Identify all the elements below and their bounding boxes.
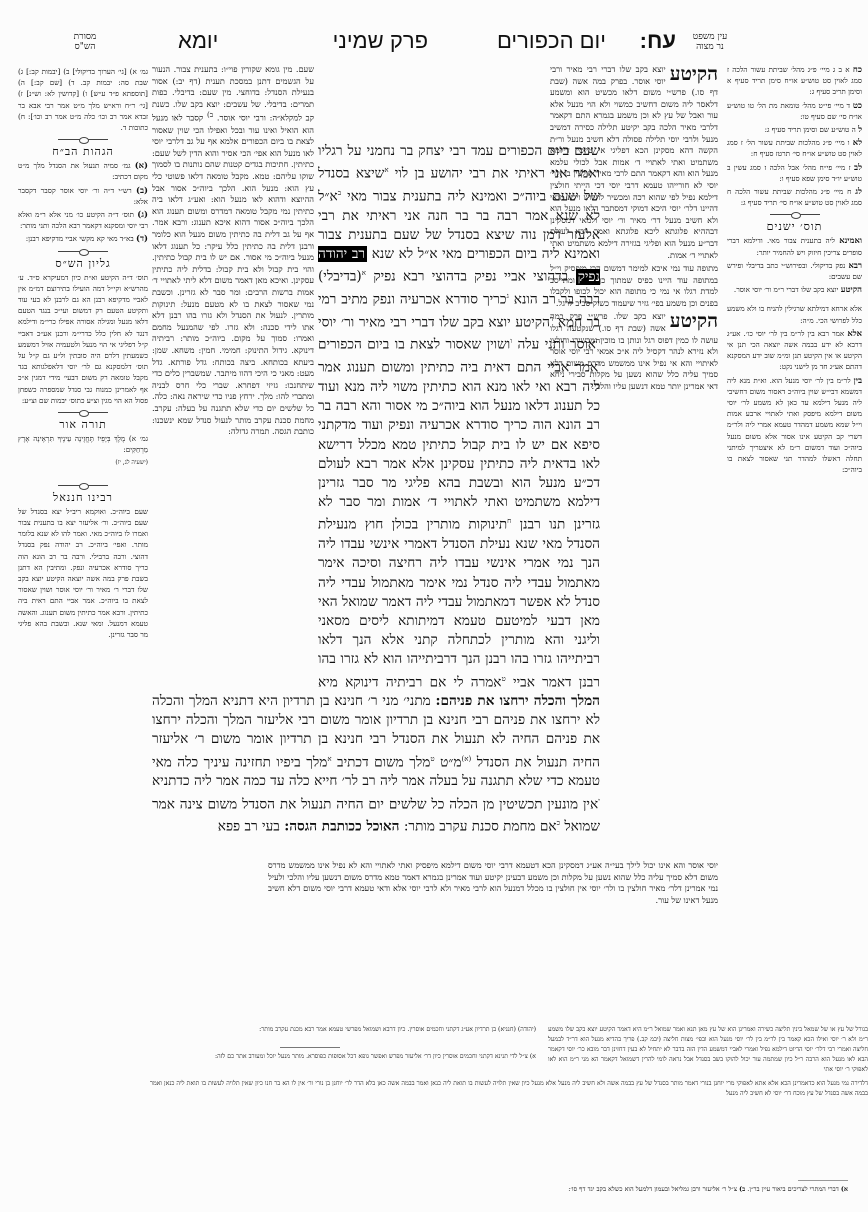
gilyon-hashas-title: גליון הש״ס xyxy=(18,256,148,272)
ornament-divider xyxy=(58,485,108,486)
chapter-number: פרק שמיני xyxy=(333,28,428,54)
hagahot-entry: (ג) תוס׳ ד״ה הקיטע כו׳ מני אלא ר״מ ואלא … xyxy=(18,209,148,231)
hagahot-entry: (ב) רש״י ד״ה ור׳ יוסי אוסר קסבר דקסבר אל… xyxy=(18,185,148,207)
ein-mishpat-entry: כח א ב ג מיי׳ פ״ג מהל׳ שביתת עשור הלכה ז… xyxy=(727,64,862,98)
ornament-divider xyxy=(58,251,108,252)
ein-mishpat-entry: לב ז מיי׳ פי״ח מהל׳ אבל הלכה ז סמג עשין … xyxy=(727,162,862,184)
ein-mishpat-column: כח א ב ג מיי׳ פ״ג מהל׳ שביתת עשור הלכה ז… xyxy=(727,64,862,1024)
tosafot-yeshanim-entry: ואמינא ליה בתענית צבור מאי. ודילמא דברי … xyxy=(727,235,862,257)
ein-mishpat-entry: ל ה טוש״ע שם וסימן תריד סעיף ג: xyxy=(727,124,862,135)
footnotes: א) דברי המתרי לצריכים ביאור עיין בר״ן. ב… xyxy=(348,1180,848,1193)
masoret-hashas-column: גמ׳ א) [גי׳ הערוך בדיקולי] ב) [יבמות קב:… xyxy=(18,66,148,1016)
tosafot-yeshanim-title: תוס׳ ישנים xyxy=(727,219,862,235)
ein-mishpat-entry: לא ו מיי׳ פ״ג מהלכות שביתת עשור הל׳ ז סמ… xyxy=(727,137,862,159)
ornament-divider xyxy=(770,214,820,215)
page-header: עין משפט נר מצוה עח: יום הכפורים פרק שמי… xyxy=(0,28,868,58)
tosafot-notes: אלא אמר רבא בין לר״מ בין לר׳ יוסי כו׳. א… xyxy=(727,328,862,373)
gemara-main-text: שעם ביום הכפורים עמד רבי יצחק בר נחמני ע… xyxy=(318,142,600,692)
rabbeinu-chananel-title: רבינו חננאל xyxy=(18,490,148,506)
ornament-divider xyxy=(58,139,108,140)
torah-or-text: גמ׳ א) מֶלֶךְ בְּיָפְיוֹ תֶּחֱזֶינָה עֵי… xyxy=(18,433,148,455)
hagahot-entry: (ד) בא״ד מאי קא מקשי אביי מדקיפא רבנן: xyxy=(18,233,148,244)
ein-mishpat-entry: לג ח מיי׳ פ״ג מהלכות שביתת עשור הלכה ח ס… xyxy=(727,186,862,208)
chapter-title: יום הכפורים xyxy=(497,28,606,54)
bottom-notes-lower: דלדירה נמי מנעל הוא כדאמרינן הכא אלא אתא… xyxy=(150,1079,868,1099)
ornament-divider xyxy=(58,412,108,413)
tosafot-yeshanim-entry: רבא נפק בדיקולי. ובפירוש״י כתב בדיבלי ופ… xyxy=(727,260,862,282)
tosafot-lower-text: יוסי אוסר והא אינו יכול לילך בעי״ה אע״ג … xyxy=(268,860,718,1000)
ein-mishpat-heading: עין משפט נר מצוה xyxy=(680,32,740,52)
hagahot-entry: (א) גמ׳ סמיה תנעול את הסנדל מלך מ״ט מקום… xyxy=(18,160,148,182)
bottom-notes: בנורל של עץ או של שמאל בינין תליצה כשירה… xyxy=(150,1025,868,1099)
divider-line xyxy=(280,1047,340,1048)
rashi-text: שעם. מין גומא שקורין פוי״ו: בתענית צבור.… xyxy=(152,64,314,438)
tosafot-notes: בין לר״מ בין לר׳ יוסי מנעל הוא. וא״ת מנא… xyxy=(727,375,862,476)
rashi-column: שעם. מין גומא שקורין פוי״ו: בתענית צבור.… xyxy=(152,64,314,689)
torah-or-source: (ישעיה לג, יז) xyxy=(18,457,148,468)
tosafot-yeshanim-entry: הקיטע יוצא בקב שלו דברי ר״מ ור׳ יוסי אוס… xyxy=(727,284,862,295)
bottom-notes-left: (יהודה) (חנניא) בן תרדיון אע״ג דקתני וחכ… xyxy=(150,1025,536,1075)
divider-line xyxy=(798,1180,848,1181)
tractate-name: יומא xyxy=(178,28,218,54)
daf-number: עח: xyxy=(640,28,676,54)
bottom-notes-right: בנורל של עץ או של שמאל בינין תליצה כשירה… xyxy=(548,1025,868,1075)
gemara-wide-text: המלך והכלה ירחצו את פניהם: מתני׳ מני ר׳ … xyxy=(152,692,600,832)
masoret-heading: מסורת הש"ס xyxy=(55,32,115,52)
rabbeinu-chananel-text: שעם ביוה״כ. ואוקמא ריב״ל יצא בסנדל של שע… xyxy=(18,506,148,640)
hagahot-habach-title: הגהות הב״ח xyxy=(18,144,148,160)
gilyon-hashas-text: תוס׳ ד״ה הקיטע וא״ת כיון דמעיקרא ס״ד. ע׳… xyxy=(18,272,148,406)
tosafot-notes: אלא ארחא דמילתא שרגילין להניח בו ולא משמ… xyxy=(727,303,862,325)
masoret-hashas-text: גמ׳ א) [גי׳ הערוך בדיקולי] ב) [יבמות קב:… xyxy=(18,66,148,133)
ein-mishpat-entry: כט ד מיי׳ פי״ט מהל׳ טומאת מת הל׳ טו טוש״… xyxy=(727,100,862,122)
torah-or-title: תורה אור xyxy=(18,417,148,433)
